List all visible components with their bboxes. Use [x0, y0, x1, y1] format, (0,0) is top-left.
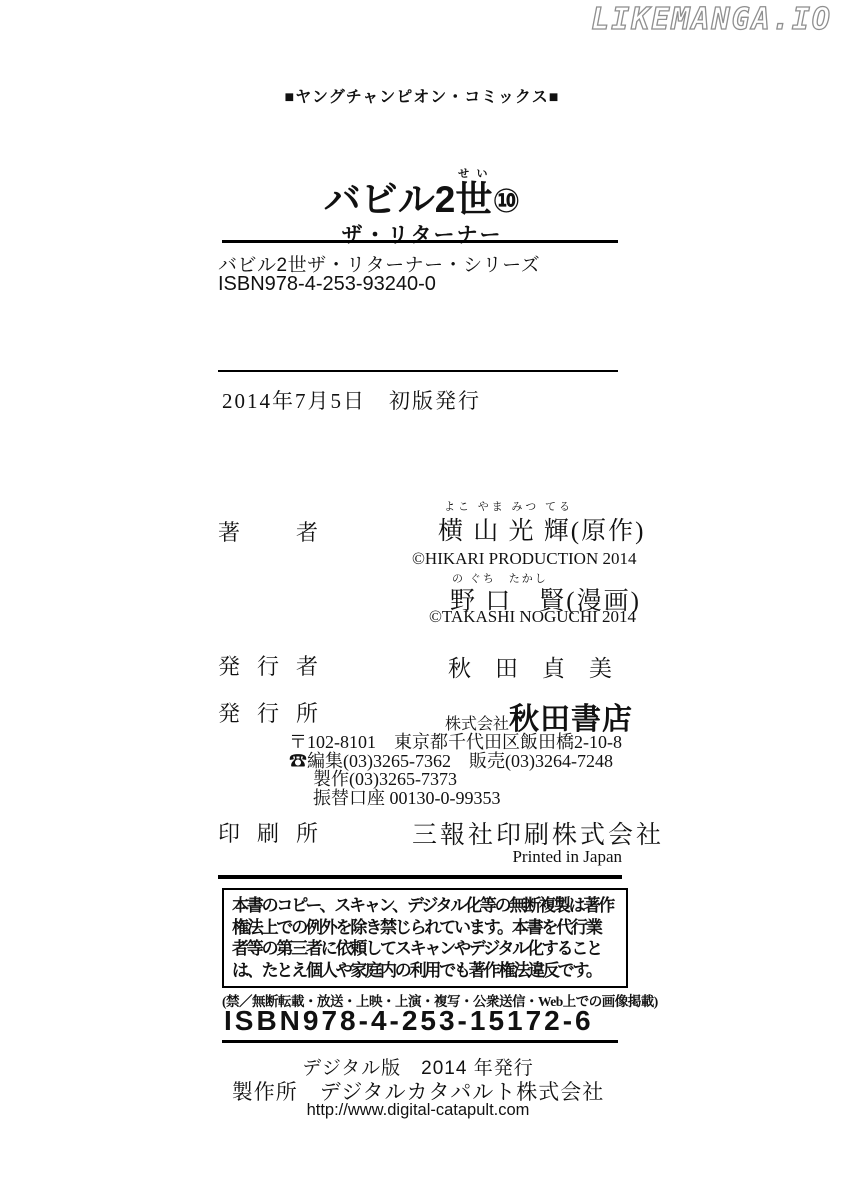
author-label: 著者 — [218, 516, 318, 547]
author1-copyright: ©HIKARI PRODUCTION 2014 — [412, 549, 636, 569]
site-watermark: LIKEMANGA.IO — [591, 2, 832, 37]
series-isbn: ISBN978-4-253-93240-0 — [218, 273, 436, 296]
imprint-label: ■ヤングチャンピオン・コミックス■ — [0, 84, 844, 107]
author2-copyright: ©TAKASHI NOGUCHI 2014 — [429, 607, 636, 627]
book-subtitle: ザ・リターナー — [0, 219, 844, 249]
copyright-line: 本書のコピー、スキャン、デジタル化等の無断複製は著作 — [232, 895, 618, 917]
publisher-person-label: 発行者 — [218, 650, 318, 681]
divider-digital — [222, 1040, 618, 1043]
publisher-company-prefix: 株式会社 — [445, 711, 509, 734]
printed-in-japan: Printed in Japan — [412, 847, 622, 867]
edition-date: 2014年7月5日 初版発行 — [222, 385, 481, 415]
postal-transfer-account: 振替口座 00130-0-99353 — [289, 789, 622, 808]
publisher-address-block: 〒102-8101 東京都千代田区飯田橋2-10-8 ☎編集(03)3265-7… — [289, 733, 622, 807]
title-ruby-base: 世 — [455, 179, 492, 220]
copyright-line: は、たとえ個人や家庭内の利用でも著作権法違反です。 — [232, 960, 618, 982]
copyright-notice-box: 本書のコピー、スキャン、デジタル化等の無断複製は著作 権法上での例外を除き禁じら… — [222, 888, 628, 988]
divider-title — [222, 240, 618, 243]
printer-label: 印刷所 — [218, 817, 318, 848]
divider-copyright — [218, 875, 622, 879]
publisher-label: 発行所 — [218, 697, 318, 728]
isbn-number: ISBN978-4-253-15172-6 — [224, 1005, 594, 1037]
colophon-page: LIKEMANGA.IO ■ヤングチャンピオン・コミックス■ バビル2世せい⑩ … — [0, 0, 844, 1200]
title-part1: バビル2 — [324, 179, 456, 220]
title-furigana: せい — [455, 168, 492, 180]
book-title: バビル2世せい⑩ — [0, 168, 844, 218]
author1-name: 横 山 光 輝(原作) — [438, 511, 645, 547]
copyright-line: 者等の第三者に依頼してスキャンやデジタル化すること — [232, 938, 618, 960]
publisher-person-name: 秋田貞美 — [448, 650, 636, 683]
production-phone: 製作(03)3265-7373 — [289, 770, 622, 789]
copyright-line: 権法上での例外を除き禁じられています。本書を代行業 — [232, 917, 618, 939]
postal-address: 〒102-8101 東京都千代田区飯田橋2-10-8 — [289, 733, 622, 752]
printer-name: 三報社印刷株式会社 — [412, 815, 664, 851]
divider-edition — [218, 370, 618, 372]
volume-number: ⑩ — [492, 182, 520, 219]
phone-numbers: ☎編集(03)3265-7362 販売(03)3264-7248 — [289, 752, 622, 771]
producer-url: http://www.digital-catapult.com — [218, 1101, 618, 1120]
